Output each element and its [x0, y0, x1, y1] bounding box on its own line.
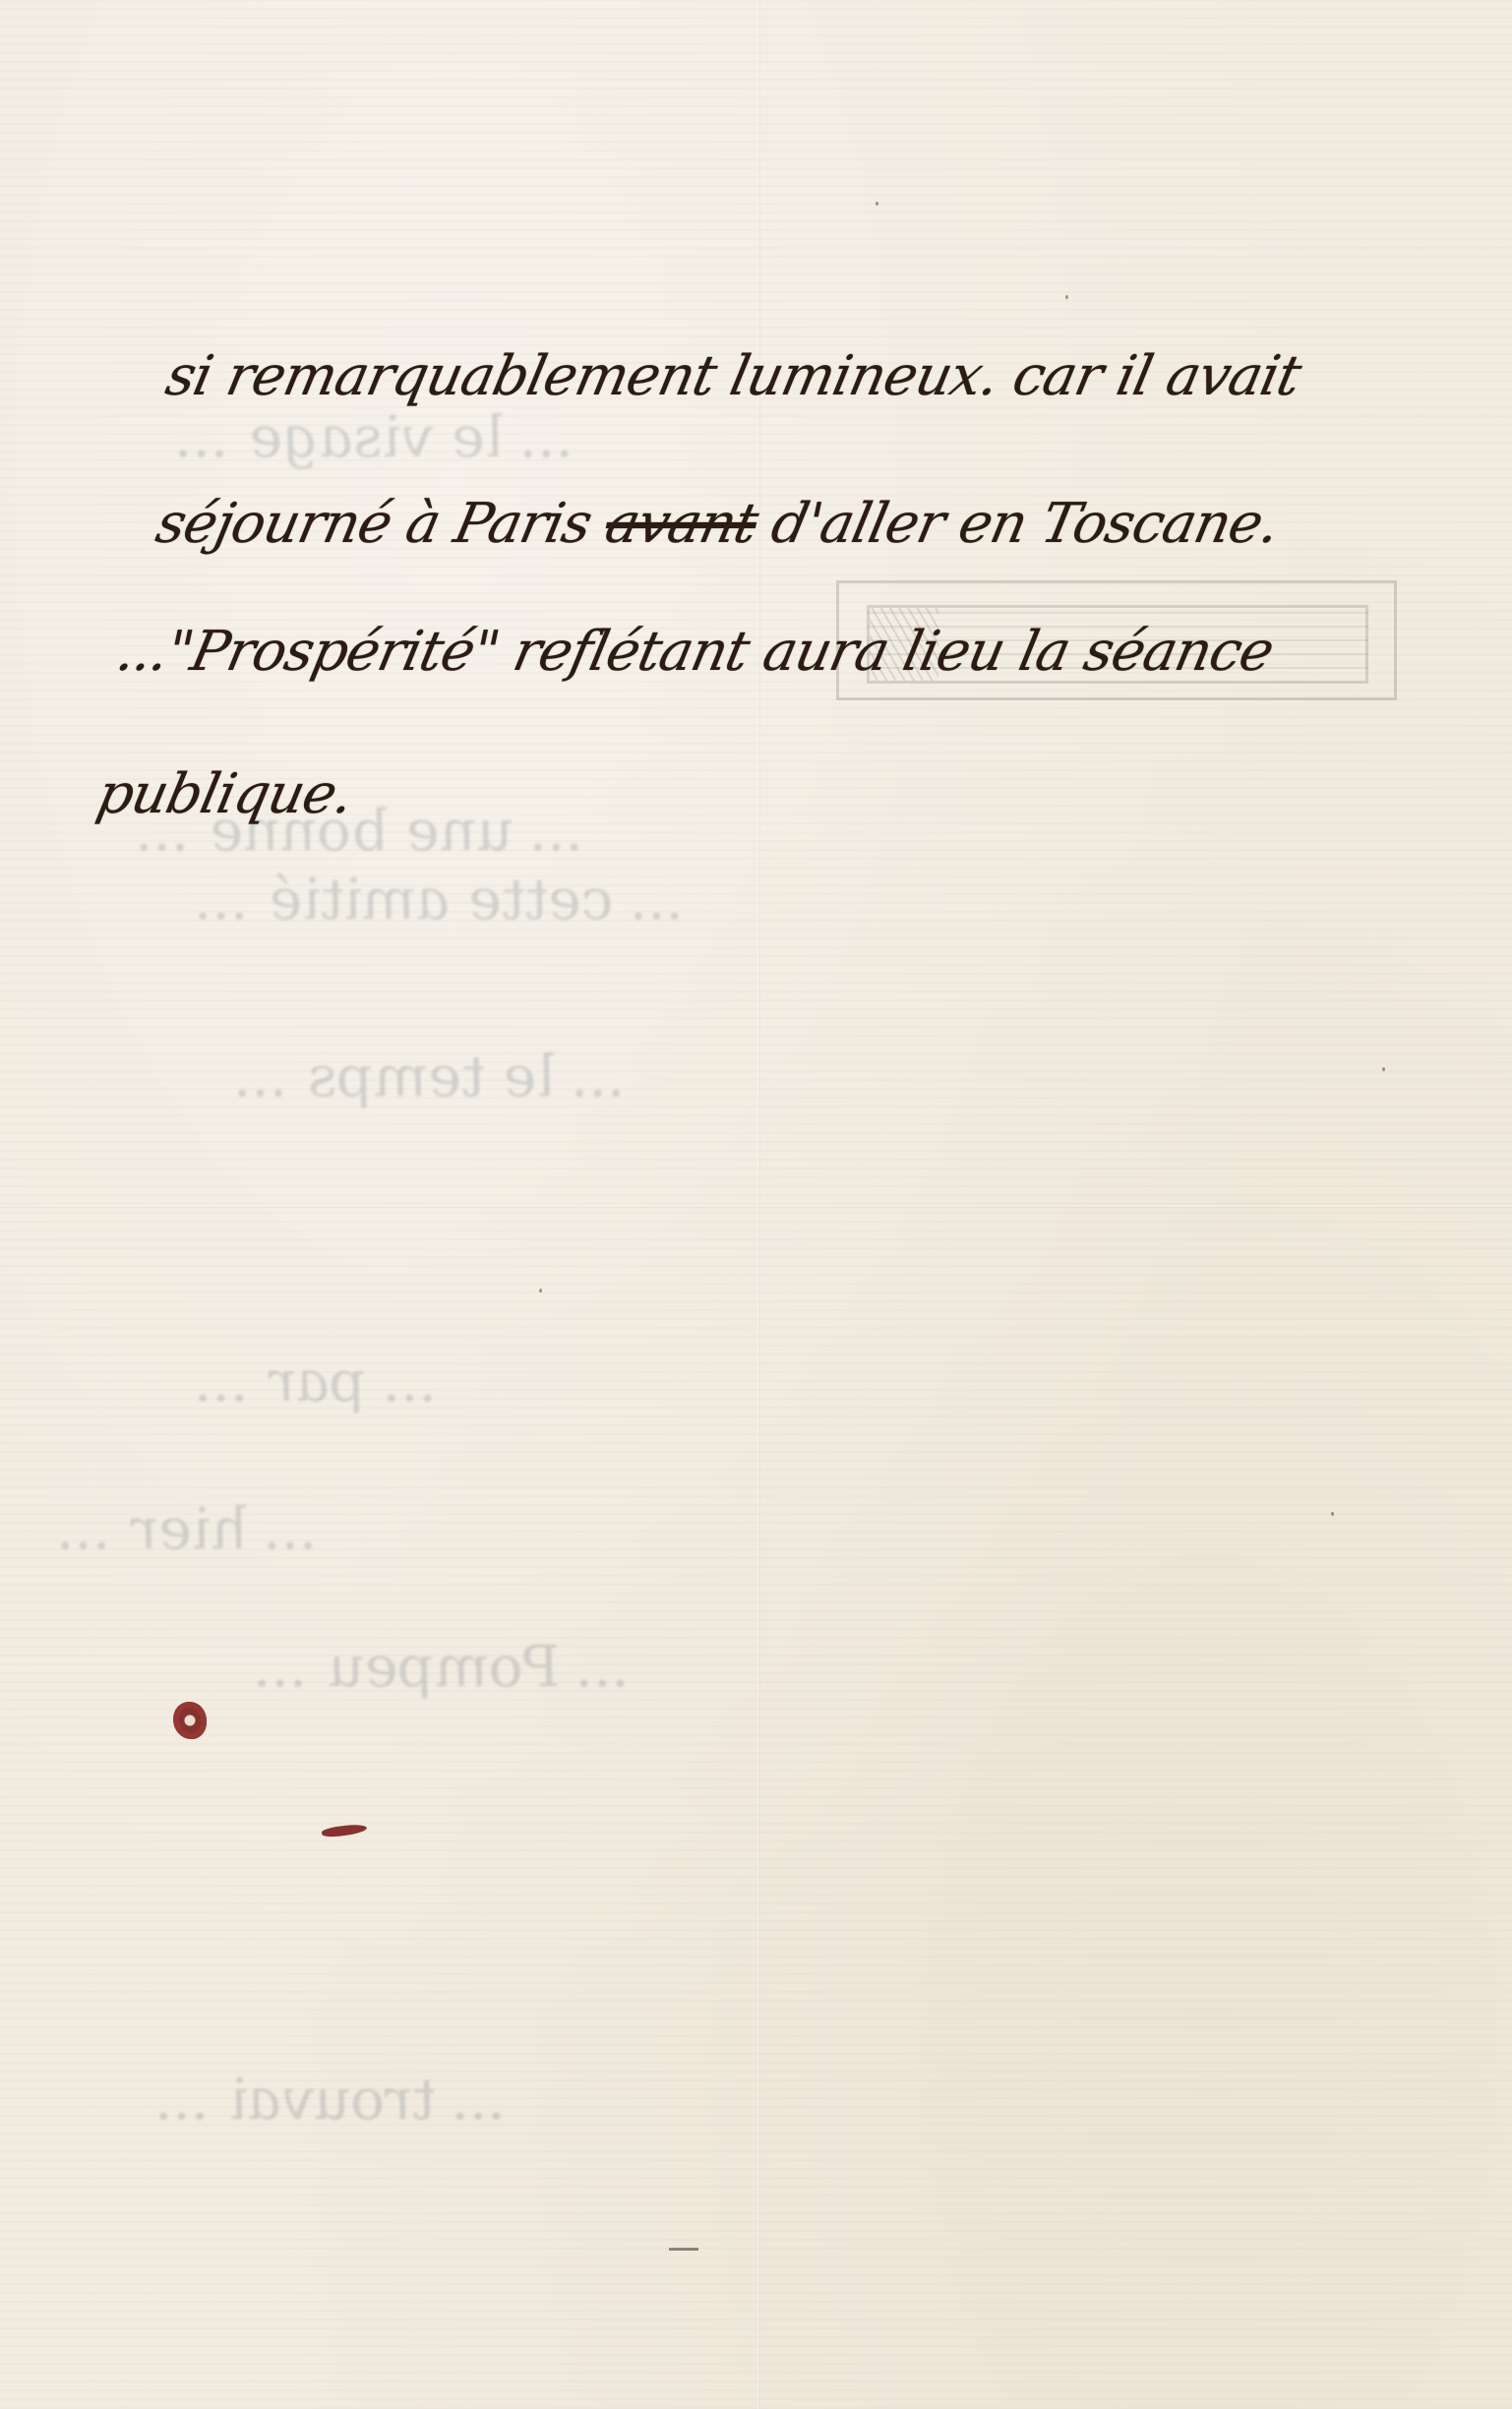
paper-speck: [539, 1289, 542, 1293]
bleed-through-line: ... hier ...: [53, 1495, 326, 1562]
small-ink-dash: [669, 2248, 698, 2251]
bleed-through-line: ... trouvai ...: [151, 2066, 514, 2133]
paper-speck: [876, 202, 878, 206]
red-ink-streak: [322, 1823, 368, 1838]
bleed-through-line: ... le temps ...: [230, 1043, 634, 1110]
bleed-through-line: ... Pompeu ...: [250, 1633, 638, 1700]
struck-out-word: avant: [600, 492, 763, 556]
handwritten-line-3: ..."Prospérité" reflétant aura lieu la s…: [111, 620, 1279, 684]
handwritten-line-2: séjourné à Paris avant d'aller en Toscan…: [151, 492, 1285, 556]
line-2-text-end: d'aller en Toscane.: [750, 492, 1285, 556]
paper-speck: [1331, 1512, 1334, 1516]
paper-speck: [1065, 295, 1068, 299]
bleed-through-line: ... cette amitié ...: [191, 866, 693, 933]
horizontal-fold-line: [0, 1205, 1512, 1208]
handwritten-line-4: publique.: [91, 762, 358, 826]
line-4-text: publique.: [91, 762, 358, 826]
line-2-text-start: séjourné à Paris: [151, 492, 614, 556]
paper-speck: [1382, 1067, 1385, 1071]
bleed-through-line: ... par ...: [191, 1348, 446, 1415]
bleed-through-line: ... le visage ...: [171, 403, 582, 470]
handwritten-line-1: si remarquablement lumineux. car il avai…: [160, 344, 1305, 408]
red-wax-blot: [173, 1702, 207, 1739]
manuscript-page: ... le visage ... ... une bonne ... ... …: [0, 0, 1512, 2409]
